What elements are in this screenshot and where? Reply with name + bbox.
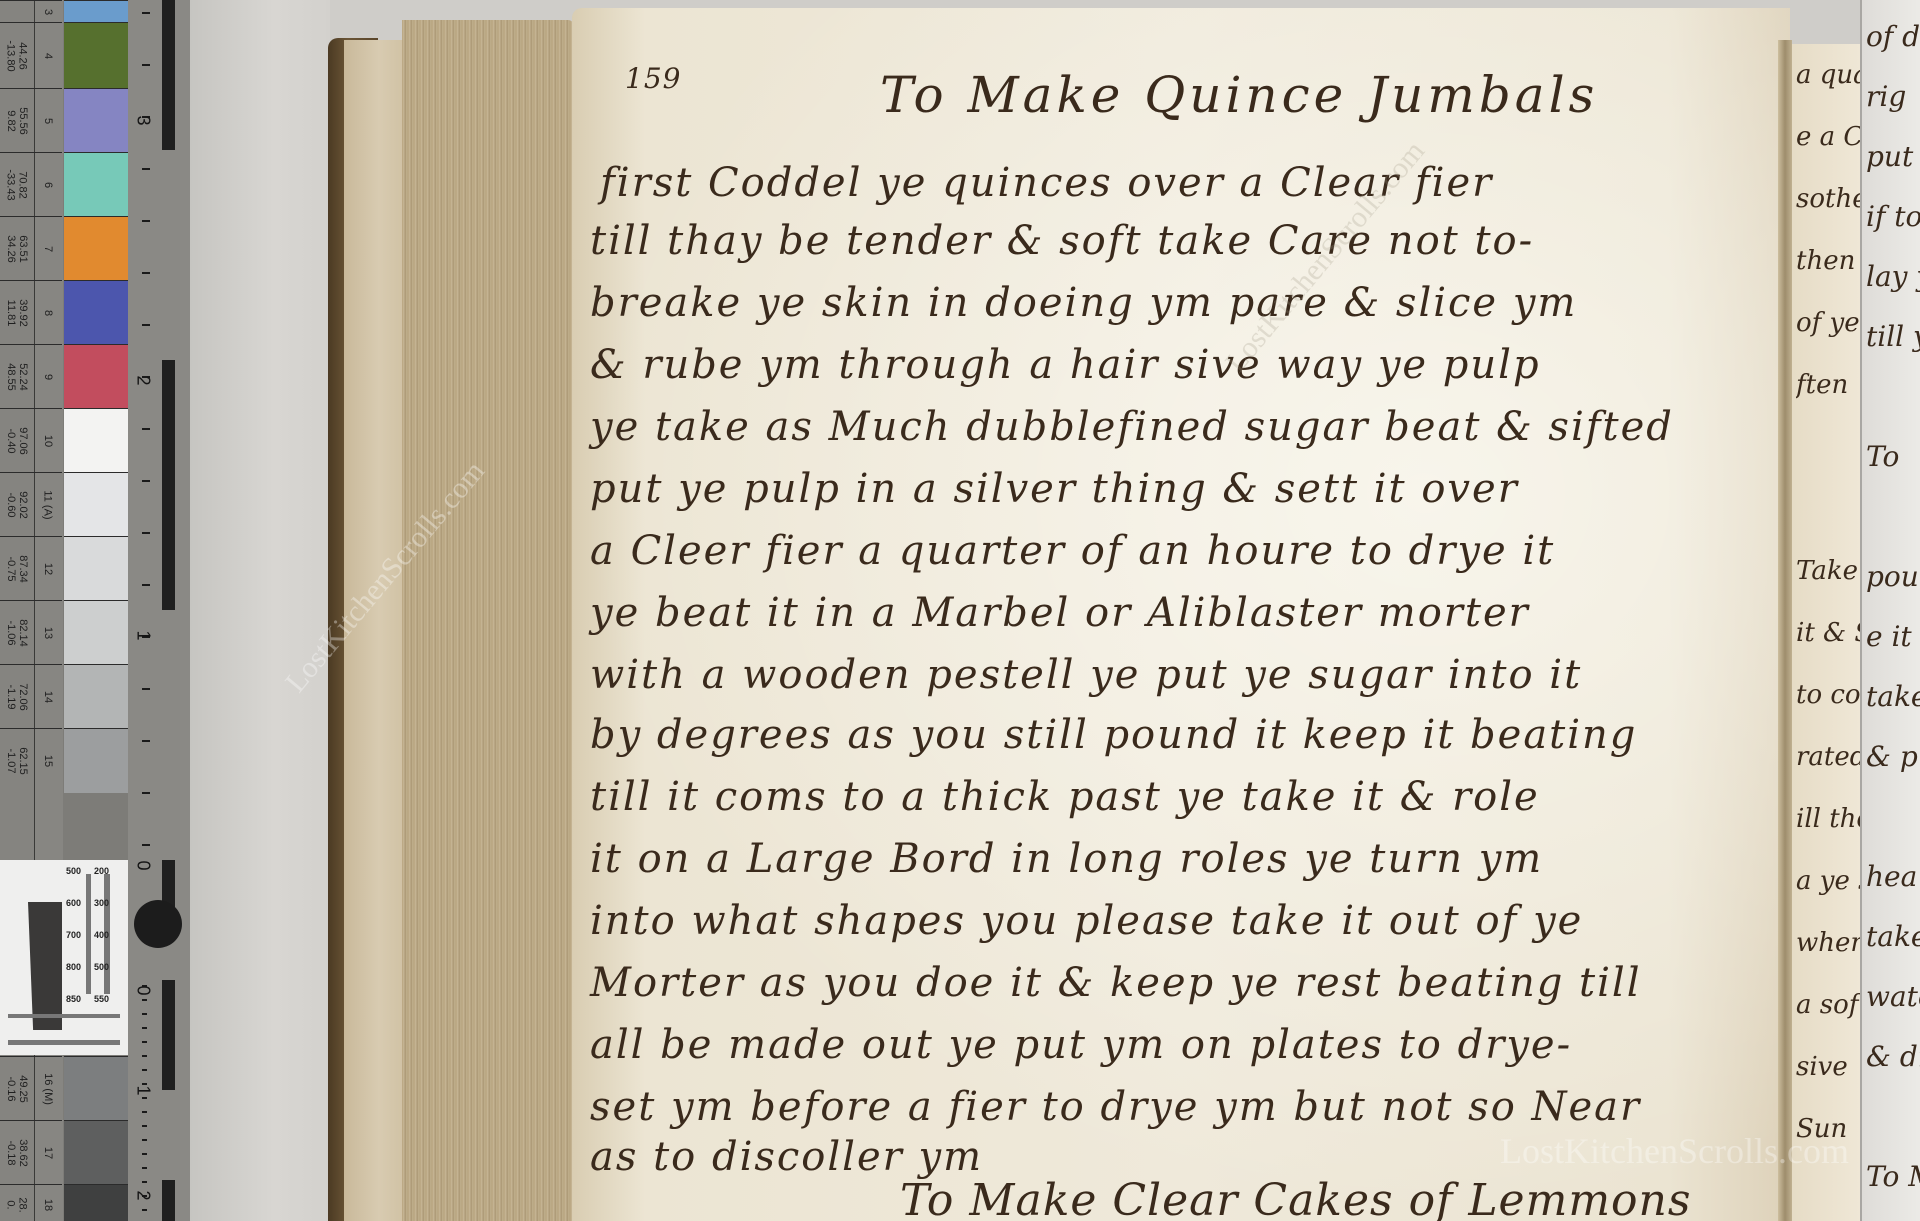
resolution-bar-horizontal bbox=[8, 1014, 120, 1018]
lab-l-value: 49.25 bbox=[17, 1075, 29, 1103]
facing-page-text: pou bbox=[1866, 560, 1920, 593]
ruler-segment bbox=[162, 980, 175, 1090]
patch-lab-values: 49.25-0.16 bbox=[0, 1056, 34, 1121]
recipe-line: till thay be tender & soft take Care not… bbox=[590, 218, 1534, 264]
color-patch bbox=[64, 344, 128, 409]
patch-number: 3 bbox=[34, 0, 62, 23]
lab-a-value: -1.19 bbox=[5, 683, 17, 711]
patch-number: 16 (M) bbox=[34, 1056, 62, 1121]
ruler-tick-fine bbox=[142, 1055, 147, 1057]
facing-page-text: water bbox=[1866, 980, 1920, 1013]
patch-number: 8 bbox=[34, 280, 62, 345]
patch-number: 10 bbox=[34, 408, 62, 473]
watermark: LostKitchenScrolls.com bbox=[1500, 1130, 1849, 1172]
facing-page-text: ften bbox=[1796, 370, 1860, 400]
lab-a-value: -0.18 bbox=[5, 1139, 17, 1167]
patch-lab-values: 92.02-0.60 bbox=[0, 472, 34, 537]
patch-number: 7 bbox=[34, 216, 62, 281]
patch-id: 17 bbox=[42, 1147, 54, 1159]
lab-a-value: -1.07 bbox=[5, 747, 17, 775]
resolution-label: 850 bbox=[66, 994, 81, 1004]
patch-lab-values: 28.0. bbox=[0, 1184, 34, 1221]
patch-id: 4 bbox=[42, 53, 54, 59]
patch-id: 15 bbox=[42, 755, 54, 767]
lab-l-value: 52.24 bbox=[17, 363, 29, 391]
ruler-tick-fine bbox=[142, 1097, 147, 1099]
recipe-line: with a wooden pestell ye put ye sugar in… bbox=[590, 652, 1582, 698]
ruler-tick bbox=[142, 428, 150, 430]
lab-l-value: 70.82 bbox=[17, 169, 29, 200]
color-patch bbox=[64, 600, 128, 665]
recipe-line: as to discoller ym bbox=[590, 1134, 983, 1180]
lab-a-value: 0. bbox=[5, 1197, 17, 1212]
lab-l-value: 44.26 bbox=[17, 40, 29, 71]
patch-number: 5 bbox=[34, 88, 62, 153]
lab-l-value: 97.06 bbox=[17, 427, 29, 455]
patch-id: 8 bbox=[42, 310, 54, 316]
resolution-label: 200 bbox=[94, 866, 109, 876]
ruler-tick-fine bbox=[142, 1013, 147, 1015]
resolution-label: 550 bbox=[94, 994, 109, 1004]
resolution-label: 800 bbox=[66, 962, 81, 972]
color-patch bbox=[64, 88, 128, 153]
patch-lab-values: 44.26-13.80 bbox=[0, 22, 34, 89]
color-patch bbox=[64, 216, 128, 281]
patch-number: 11 (A) bbox=[34, 472, 62, 537]
recipe-line: put ye pulp in a silver thing & sett it … bbox=[590, 466, 1519, 512]
resolution-label: 600 bbox=[66, 898, 81, 908]
recipe-line: by degrees as you still pound it keep it… bbox=[590, 712, 1637, 758]
recipe-title: To Make Quince Jumbals bbox=[880, 66, 1598, 124]
color-patch bbox=[64, 408, 128, 473]
ruler-tick bbox=[142, 688, 150, 690]
book-page-block bbox=[402, 20, 574, 1221]
ruler-tick bbox=[142, 64, 150, 66]
patch-id: 12 bbox=[42, 563, 54, 575]
facing-page-text: a quarter bbox=[1796, 60, 1860, 90]
color-patch bbox=[64, 280, 128, 345]
color-patch bbox=[64, 728, 128, 793]
patch-lab-values: 70.82-33.43 bbox=[0, 152, 34, 217]
facing-page-text: & p bbox=[1866, 740, 1920, 773]
patch-number: 14 bbox=[34, 664, 62, 729]
facing-page-text: lay ye bbox=[1866, 260, 1920, 293]
facing-page-text: it & Sin bbox=[1796, 618, 1860, 648]
ruler-tick-fine bbox=[142, 1041, 147, 1043]
ruler-tick bbox=[142, 12, 150, 14]
recipe-line: till it coms to a thick past ye take it … bbox=[590, 774, 1540, 820]
resolution-wedge bbox=[28, 902, 62, 1030]
recipe-line: into what shapes you please take it out … bbox=[590, 898, 1583, 944]
facing-page-text: then in bbox=[1796, 246, 1860, 276]
facing-page-text: e a Cidey bbox=[1796, 122, 1860, 152]
lab-l-value: 62.15 bbox=[17, 747, 29, 775]
patch-id: 6 bbox=[42, 182, 54, 188]
recipe-line: all be made out ye put ym on plates to d… bbox=[590, 1022, 1572, 1068]
facing-page-text: & drye bbox=[1866, 1040, 1920, 1073]
ruler-label: 2 bbox=[133, 375, 154, 385]
color-patch bbox=[64, 152, 128, 217]
ruler-target-dot bbox=[134, 900, 182, 948]
ruler-tick-fine bbox=[142, 1125, 147, 1127]
color-patch bbox=[64, 472, 128, 537]
lab-l-value: 72.06 bbox=[17, 683, 29, 711]
facing-page-text: till you bbox=[1866, 320, 1920, 353]
facing-page-text: ill they bbox=[1796, 804, 1860, 834]
ruler-label: 1 bbox=[133, 630, 154, 640]
ruler-tick-fine bbox=[142, 1167, 147, 1169]
ruler-tick-fine bbox=[142, 1209, 147, 1211]
patch-number: 15 bbox=[34, 728, 62, 793]
lab-l-value: 55.56 bbox=[17, 107, 29, 135]
lab-a-value: -0.40 bbox=[5, 427, 17, 455]
ruler-segment bbox=[162, 610, 175, 860]
facing-page-text: To M bbox=[1866, 1160, 1920, 1193]
recipe-line: & rube ym through a hair sive way ye pul… bbox=[590, 342, 1541, 388]
measurement-ruler: 3210012 bbox=[128, 0, 190, 1221]
facing-page-text: a ye siro bbox=[1796, 866, 1860, 896]
lab-l-value: 39.92 bbox=[17, 299, 29, 327]
facing-page-text: put it bbox=[1866, 140, 1920, 173]
patch-lab-values bbox=[0, 0, 34, 23]
ruler-tick bbox=[142, 532, 150, 534]
lab-l-value: 38.62 bbox=[17, 1139, 29, 1167]
facing-page-text: to cold bbox=[1796, 680, 1860, 710]
patch-id: 9 bbox=[42, 374, 54, 380]
patch-lab-values: 72.06-1.19 bbox=[0, 664, 34, 729]
ruler-tick-fine bbox=[142, 1069, 147, 1071]
facing-page-text: take bbox=[1866, 920, 1920, 953]
lab-l-value: 28. bbox=[17, 1197, 29, 1212]
color-patch bbox=[64, 1184, 128, 1221]
ruler-segment bbox=[162, 1180, 175, 1221]
scanner-background bbox=[190, 0, 330, 1221]
resolution-label: 700 bbox=[66, 930, 81, 940]
facing-page-overlay bbox=[1860, 0, 1920, 1221]
ruler-tick bbox=[142, 220, 150, 222]
recipe-line: a Cleer fier a quarter of an houre to dr… bbox=[590, 528, 1555, 574]
patch-number: 9 bbox=[34, 344, 62, 409]
facing-page-text: hea bbox=[1866, 860, 1920, 893]
patch-id: 11 (A) bbox=[42, 490, 54, 519]
recipe-line: set ym before a fier to drye ym but not … bbox=[590, 1084, 1641, 1130]
ruler-segment bbox=[162, 150, 175, 360]
color-patch bbox=[64, 22, 128, 89]
facing-page-text: sive bbox=[1796, 1052, 1860, 1082]
color-patch bbox=[64, 0, 128, 23]
patch-lab-values: 87.34-0.75 bbox=[0, 536, 34, 601]
lab-a-value: -1.06 bbox=[5, 619, 17, 647]
lab-a-value: 48.55 bbox=[5, 363, 17, 391]
recipe-line: Morter as you doe it & keep ye rest beat… bbox=[590, 960, 1642, 1006]
facing-page-text: a soft bbox=[1796, 990, 1860, 1020]
ruler-label: 1 bbox=[133, 1085, 154, 1095]
ruler-segment bbox=[162, 0, 175, 150]
facing-page-text: of ye top bbox=[1796, 308, 1860, 338]
patch-lab-values: 63.5134.26 bbox=[0, 216, 34, 281]
lab-a-value: -13.80 bbox=[5, 40, 17, 71]
color-patch bbox=[64, 1120, 128, 1185]
ruler-label: 0 bbox=[133, 860, 154, 870]
patch-number: 17 bbox=[34, 1120, 62, 1185]
resolution-label: 500 bbox=[66, 866, 81, 876]
ruler-label: 3 bbox=[133, 115, 154, 125]
lab-a-value: -0.16 bbox=[5, 1075, 17, 1103]
color-patch bbox=[64, 664, 128, 729]
patch-id: 18 bbox=[42, 1199, 54, 1211]
patch-id: 3 bbox=[42, 9, 54, 15]
resolution-test-card: 500600700800850200300400500550 bbox=[0, 860, 128, 1055]
facing-page-text: when yo bbox=[1796, 928, 1860, 958]
ruler-segment bbox=[162, 360, 175, 610]
patch-id: 16 (M) bbox=[42, 1073, 54, 1105]
lab-l-value: 82.14 bbox=[17, 619, 29, 647]
patch-id: 10 bbox=[42, 435, 54, 447]
lab-a-value: -0.75 bbox=[5, 555, 17, 583]
lab-l-value: 63.51 bbox=[17, 235, 29, 263]
lab-l-value: 92.02 bbox=[17, 491, 29, 519]
next-recipe-title: To Make Clear Cakes of Lemmons bbox=[900, 1175, 1691, 1221]
patch-lab-values: 97.06-0.40 bbox=[0, 408, 34, 473]
patch-number: 12 bbox=[34, 536, 62, 601]
patch-lab-values: 38.62-0.18 bbox=[0, 1120, 34, 1185]
facing-page-text: Take bbox=[1796, 556, 1860, 586]
ruler-label: 2 bbox=[133, 1190, 154, 1200]
facing-page-text: To bbox=[1866, 440, 1920, 473]
ruler-tick-fine bbox=[142, 1139, 147, 1141]
facing-page-text: sother bbox=[1796, 184, 1860, 214]
ruler-tick bbox=[142, 844, 150, 846]
patch-number: 6 bbox=[34, 152, 62, 217]
facing-page-text: e it bbox=[1866, 620, 1920, 653]
facing-page-text: of d bbox=[1866, 20, 1920, 53]
resolution-bar-vertical bbox=[86, 874, 91, 994]
patch-number: 4 bbox=[34, 22, 62, 89]
facing-page-text: take bbox=[1866, 680, 1920, 713]
resolution-label: 300 bbox=[94, 898, 109, 908]
ruler-tick bbox=[142, 792, 150, 794]
resolution-label: 500 bbox=[94, 962, 109, 972]
facing-page-text: rated bbox=[1796, 742, 1860, 772]
patch-lab-values: 52.2448.55 bbox=[0, 344, 34, 409]
lab-a-value: -33.43 bbox=[5, 169, 17, 200]
ruler-tick-fine bbox=[142, 1027, 147, 1029]
ruler-tick-fine bbox=[142, 1111, 147, 1113]
ruler-tick-fine bbox=[142, 1181, 147, 1183]
patch-lab-values: 55.569.82 bbox=[0, 88, 34, 153]
patch-id: 5 bbox=[42, 118, 54, 124]
recipe-line: breake ye skin in doeing ym pare & slice… bbox=[590, 280, 1577, 326]
lab-a-value: 34.26 bbox=[5, 235, 17, 263]
ruler-tick bbox=[142, 584, 150, 586]
ruler-tick bbox=[142, 480, 150, 482]
color-patch bbox=[64, 1056, 128, 1121]
page-number: 159 bbox=[625, 62, 681, 95]
lab-l-value: 87.34 bbox=[17, 555, 29, 583]
facing-page-text: if to bbox=[1866, 200, 1920, 233]
resolution-label: 400 bbox=[94, 930, 109, 940]
patch-lab-values: 39.9211.81 bbox=[0, 280, 34, 345]
patch-lab-values: 82.14-1.06 bbox=[0, 600, 34, 665]
recipe-line: it on a Large Bord in long roles ye turn… bbox=[590, 836, 1543, 882]
ruler-label: 0 bbox=[133, 985, 154, 995]
lab-a-value: 11.81 bbox=[5, 299, 17, 327]
recipe-line: ye beat it in a Marbel or Aliblaster mor… bbox=[590, 590, 1530, 636]
patch-id: 7 bbox=[42, 246, 54, 252]
resolution-bar-lines-horizontal bbox=[8, 1040, 120, 1045]
patch-lab-values: 62.15-1.07 bbox=[0, 728, 34, 793]
ruler-tick bbox=[142, 324, 150, 326]
recipe-line: ye take as Much dubblefined sugar beat &… bbox=[590, 404, 1674, 450]
ruler-tick-fine bbox=[142, 999, 147, 1001]
color-patch bbox=[64, 536, 128, 601]
book-gutter bbox=[1778, 40, 1792, 1221]
lab-a-value: 9.82 bbox=[5, 107, 17, 135]
patch-number: 13 bbox=[34, 600, 62, 665]
patch-number: 18 bbox=[34, 1184, 62, 1221]
ruler-tick bbox=[142, 272, 150, 274]
manuscript-scan: 344.26-13.80455.569.82570.82-33.43663.51… bbox=[0, 0, 1920, 1221]
patch-id: 14 bbox=[42, 691, 54, 703]
ruler-tick-fine bbox=[142, 1153, 147, 1155]
color-calibration-target: 344.26-13.80455.569.82570.82-33.43663.51… bbox=[0, 0, 190, 1221]
ruler-tick bbox=[142, 168, 150, 170]
lab-a-value: -0.60 bbox=[5, 491, 17, 519]
patch-id: 13 bbox=[42, 627, 54, 639]
ruler-tick bbox=[142, 740, 150, 742]
facing-page-text: rig bbox=[1866, 80, 1920, 113]
